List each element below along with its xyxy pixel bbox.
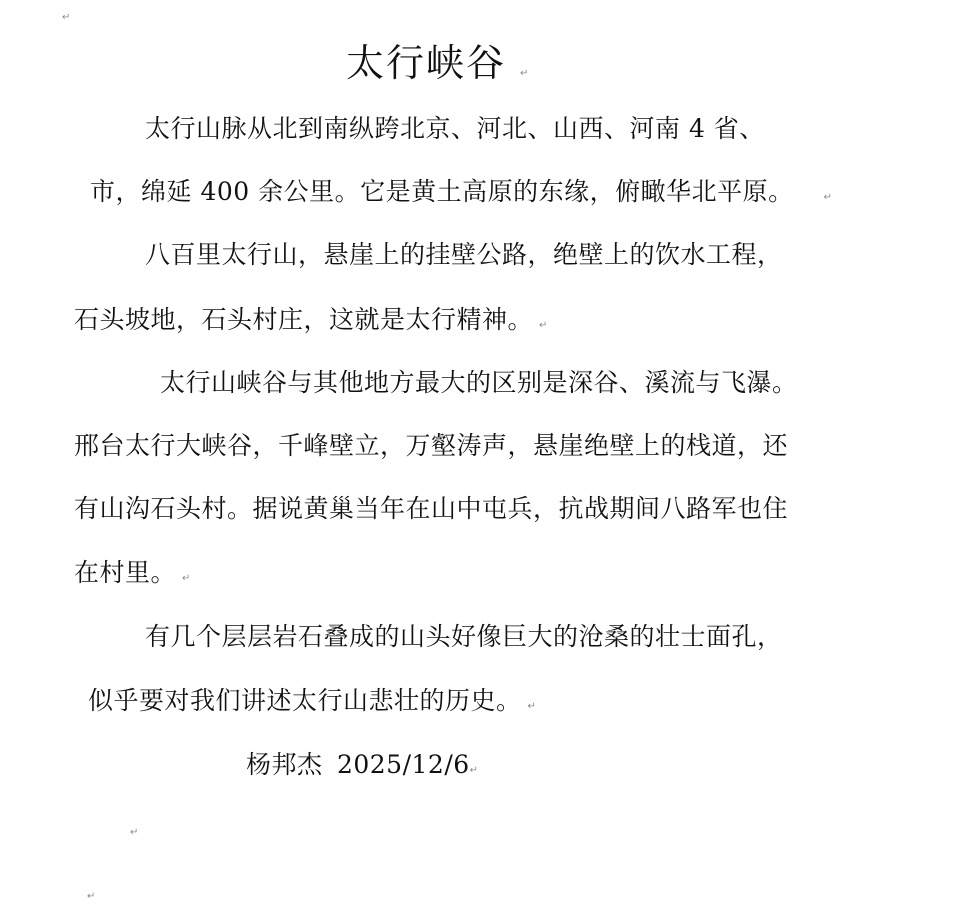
- text-line: 在村里。↵: [74, 558, 191, 594]
- document-title: 太行峡谷↵: [346, 40, 530, 97]
- paragraph-mark: ↵: [87, 892, 95, 902]
- text-line-content: 似乎要对我们讲述太行山悲壮的历史。: [88, 686, 522, 715]
- author-name: 杨邦杰: [246, 750, 323, 779]
- text-line-content: 市，绵延 400 余公里。它是黄土高原的东缘，俯瞰华北平原。: [90, 177, 794, 206]
- text-line-content: 石头坡地，石头村庄，这就是太行精神。: [74, 305, 533, 334]
- paragraph-mark: ↵: [62, 13, 70, 23]
- signature: 杨邦杰 2025/12/6↵: [246, 750, 479, 786]
- text-line: 太行山脉从北到南纵跨北京、河北、山西、河南 4 省、: [145, 114, 765, 144]
- text-line: 似乎要对我们讲述太行山悲壮的历史。↵: [88, 686, 536, 722]
- text-line: 八百里太行山，悬崖上的挂壁公路，绝壁上的饮水工程，: [145, 240, 783, 270]
- text-line-content: 在村里。: [74, 558, 176, 587]
- text-line: 市，绵延 400 余公里。它是黄土高原的东缘，俯瞰华北平原。↵: [90, 177, 833, 213]
- text-line: 有山沟石头村。据说黄巢当年在山中屯兵，抗战期间八路军也住: [74, 494, 788, 524]
- paragraph-mark: ↵: [528, 701, 537, 712]
- paragraph-mark: ↵: [520, 68, 530, 79]
- text-line: 邢台太行大峡谷，千峰壁立，万壑涛声，悬崖绝壁上的栈道，还: [74, 431, 788, 461]
- paragraph-mark: ↵: [824, 192, 833, 203]
- paragraph-mark: ↵: [470, 765, 479, 776]
- paragraph-mark: ↵: [539, 320, 548, 331]
- title-text: 太行峡谷: [346, 41, 506, 85]
- text-line: 有几个层层岩石叠成的山头好像巨大的沧桑的壮士面孔，: [145, 622, 783, 652]
- text-line: 太行山峡谷与其他地方最大的区别是深谷、溪流与飞瀑。: [160, 368, 798, 398]
- paragraph-mark: ↵: [130, 828, 138, 838]
- text-line: 石头坡地，石头村庄，这就是太行精神。↵: [74, 305, 548, 341]
- signature-date: 2025/12/6: [337, 750, 470, 779]
- paragraph-mark: ↵: [182, 573, 191, 584]
